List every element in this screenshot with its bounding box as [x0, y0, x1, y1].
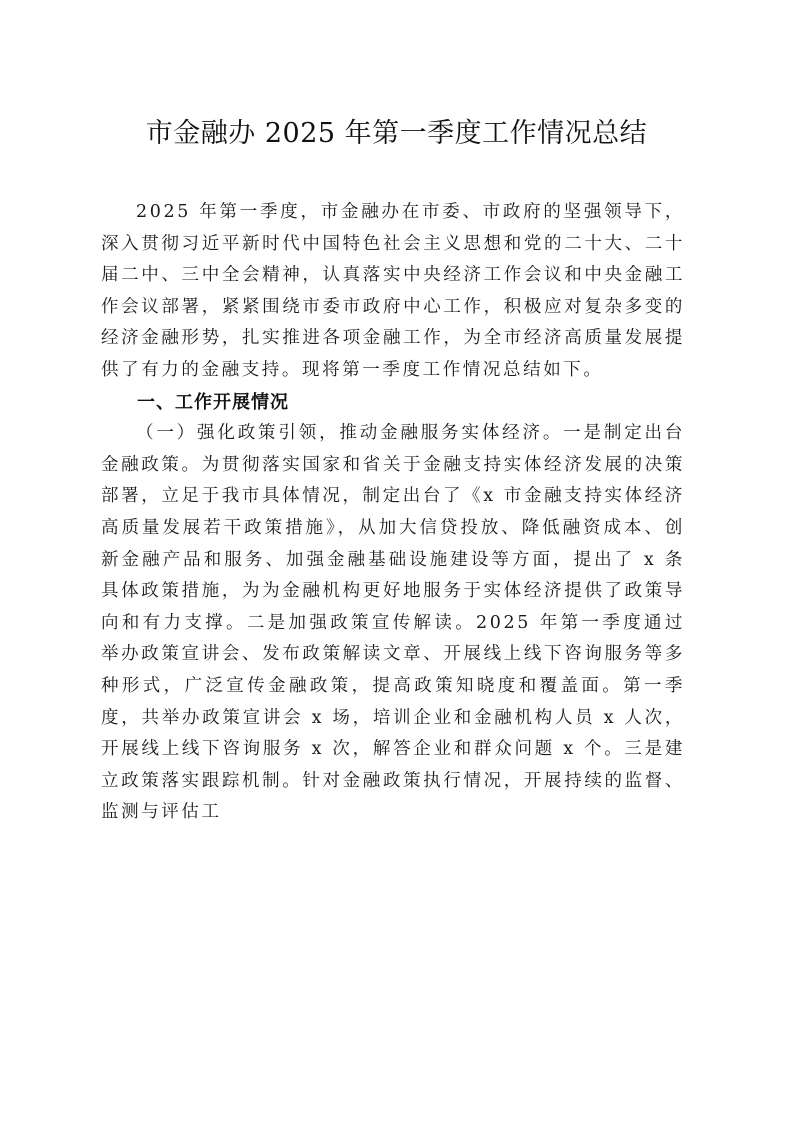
- document-title: 市金融办 2025 年第一季度工作情况总结: [0, 114, 793, 154]
- section-heading: 一、工作开展情况: [101, 387, 685, 419]
- document-body: 2025 年第一季度，市金融办在市委、市政府的坚强领导下，深入贯彻习近平新时代中…: [101, 197, 685, 829]
- document-page: 市金融办 2025 年第一季度工作情况总结 2025 年第一季度，市金融办在市委…: [0, 0, 793, 1122]
- intro-paragraph: 2025 年第一季度，市金融办在市委、市政府的坚强领导下，深入贯彻习近平新时代中…: [101, 197, 685, 387]
- section-paragraph: （一）强化政策引领，推动金融服务实体经济。一是制定出台金融政策。为贯彻落实国家和…: [101, 418, 685, 829]
